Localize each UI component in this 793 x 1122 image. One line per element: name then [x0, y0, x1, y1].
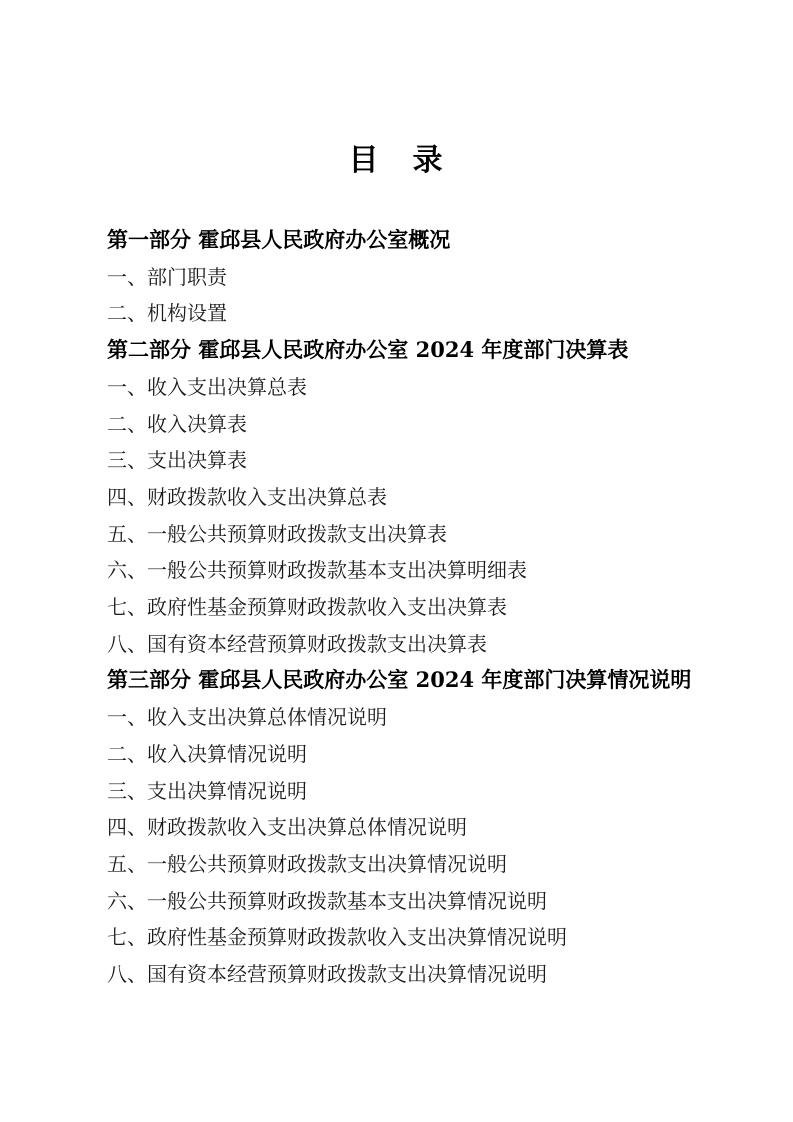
section-heading: 第一部分 霍邱县人民政府办公室概况	[107, 222, 713, 259]
page-title: 目 录	[80, 144, 713, 178]
toc-item: 一、收入支出决算总体情况说明	[107, 699, 713, 736]
toc-item: 八、国有资本经营预算财政拨款支出决算情况说明	[107, 956, 713, 993]
section-heading: 第二部分 霍邱县人民政府办公室 2024 年度部门决算表	[107, 332, 713, 369]
toc-item: 一、收入支出决算总表	[107, 369, 713, 406]
toc-item: 七、政府性基金预算财政拨款收入支出决算表	[107, 589, 713, 626]
toc-item: 三、支出决算情况说明	[107, 773, 713, 810]
toc-item: 二、机构设置	[107, 295, 713, 332]
toc-item: 三、支出决算表	[107, 442, 713, 479]
toc-item: 一、部门职责	[107, 259, 713, 296]
toc-item: 五、一般公共预算财政拨款支出决算表	[107, 516, 713, 553]
section-heading: 第三部分 霍邱县人民政府办公室 2024 年度部门决算情况说明	[107, 662, 713, 699]
toc-item: 四、财政拨款收入支出决算总体情况说明	[107, 809, 713, 846]
toc-item: 六、一般公共预算财政拨款基本支出决算明细表	[107, 552, 713, 589]
document-page: 目 录 第一部分 霍邱县人民政府办公室概况一、部门职责二、机构设置第二部分 霍邱…	[0, 0, 793, 1122]
toc-item: 四、财政拨款收入支出决算总表	[107, 479, 713, 516]
toc-item: 二、收入决算表	[107, 406, 713, 443]
toc-item: 二、收入决算情况说明	[107, 736, 713, 773]
toc-item: 七、政府性基金预算财政拨款收入支出决算情况说明	[107, 919, 713, 956]
toc-item: 六、一般公共预算财政拨款基本支出决算情况说明	[107, 883, 713, 920]
toc-item: 五、一般公共预算财政拨款支出决算情况说明	[107, 846, 713, 883]
toc-item: 八、国有资本经营预算财政拨款支出决算表	[107, 626, 713, 663]
table-of-contents: 第一部分 霍邱县人民政府办公室概况一、部门职责二、机构设置第二部分 霍邱县人民政…	[107, 222, 713, 993]
